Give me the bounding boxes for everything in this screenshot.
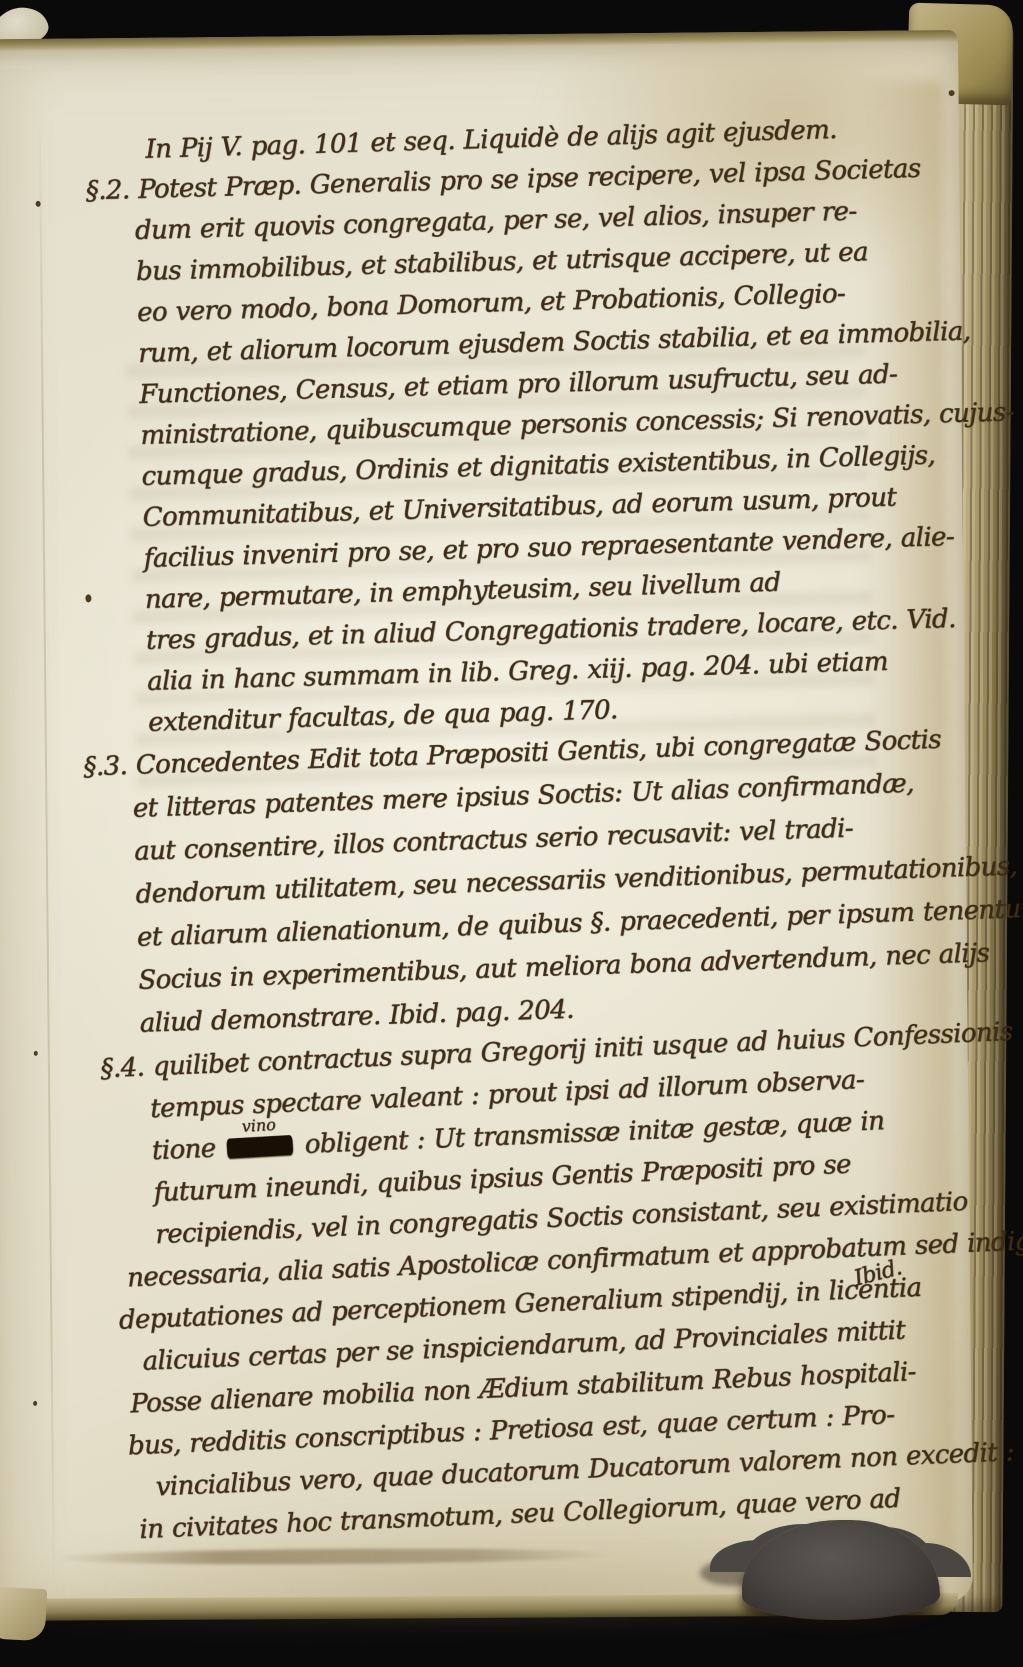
page-corner-bottom-left xyxy=(0,1587,47,1642)
section-4-closing-lines: futurum ineundi, quibus ipsius Gentis Pr… xyxy=(105,1134,1023,1551)
manuscript-page: In Pij V. pag. 101 et seq. Liquidè de al… xyxy=(0,30,973,1611)
superscript-correction: vino xyxy=(241,1117,276,1135)
handwritten-text: In Pij V. pag. 101 et seq. Liquidè de al… xyxy=(0,30,973,1611)
section-2-paragraph: §.2. Potest Præp. Generalis pro se ipse … xyxy=(85,146,1022,745)
text-before-redaction: tione xyxy=(151,1133,224,1166)
section-3-paragraph: §.3. Concedentes Edit tota Præpositi Gen… xyxy=(83,716,1023,1047)
redacted-word: vino xyxy=(227,1135,294,1159)
book-photo: In Pij V. pag. 101 et seq. Liquidè de al… xyxy=(0,0,1023,1667)
